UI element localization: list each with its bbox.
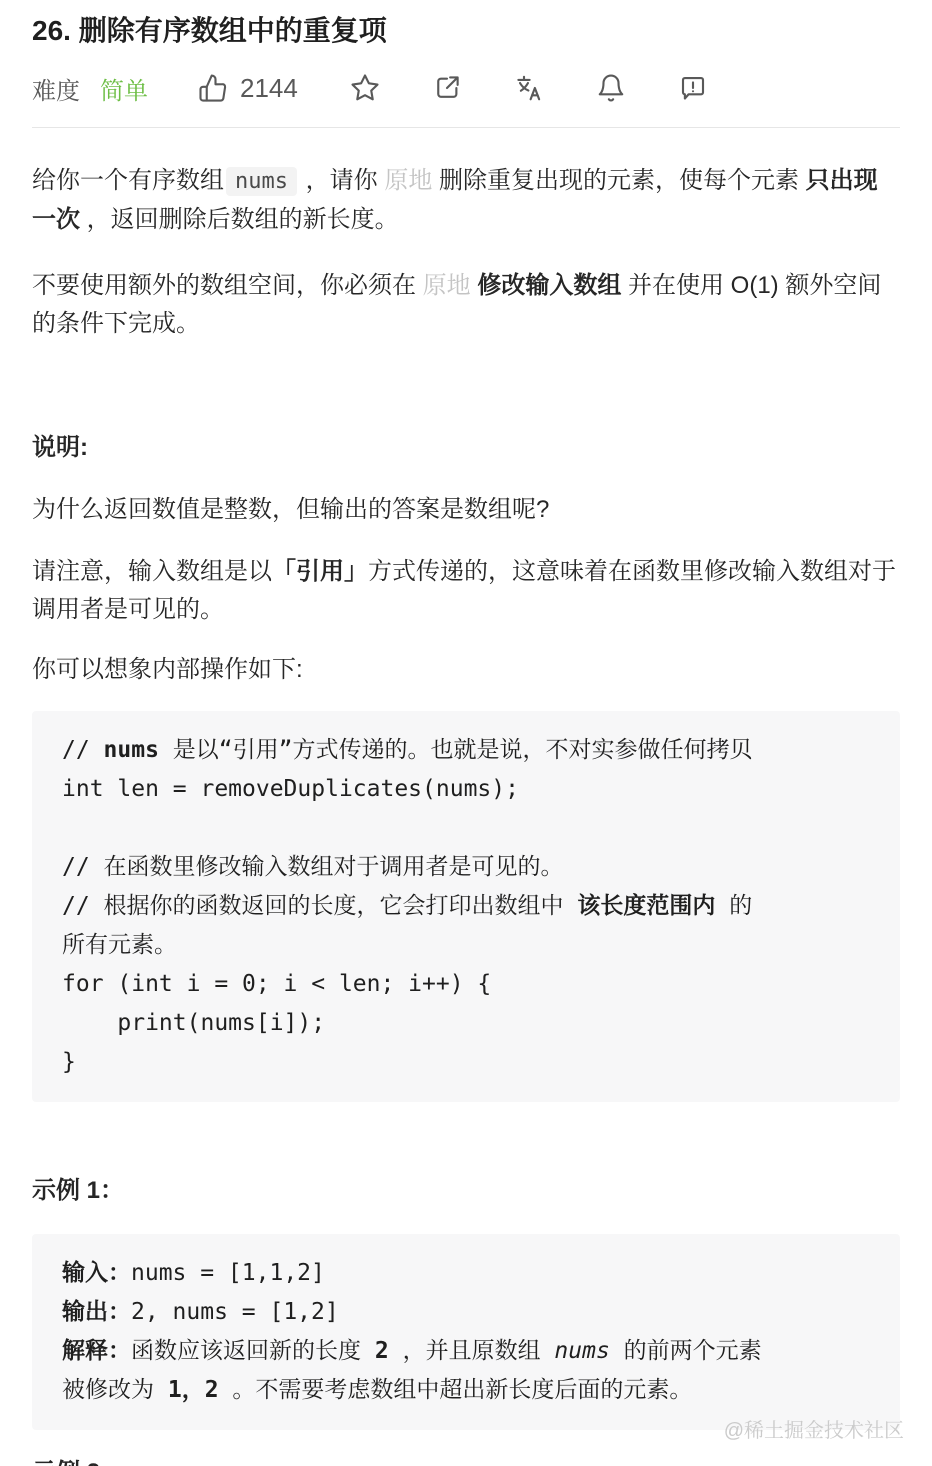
code-comment: // 根据你的函数返回的长度，它会打印出数组中 <box>62 893 577 919</box>
bell-icon <box>596 73 626 103</box>
code-line: // 根据你的函数返回的长度，它会打印出数组中 该长度范围内 的 <box>62 887 870 926</box>
thumbs-up-icon <box>198 73 228 103</box>
star-icon <box>350 73 380 103</box>
text-segment: 。不需要考虑数组中超出新长度后面的元素。 <box>219 1377 693 1403</box>
code-line: // nums 是以“引用”方式传递的。也就是说，不对实参做任何拷贝 <box>62 731 870 770</box>
difficulty-label: 难度 <box>32 71 80 106</box>
code-line: int len = removeDuplicates(nums); <box>62 770 870 809</box>
text-segment: 函数应该返回新的长度 <box>131 1338 375 1364</box>
watermark: @稀土掘金技术社区 <box>724 1414 904 1443</box>
code-comment: // <box>62 737 104 763</box>
divider <box>32 127 900 128</box>
problem-page: 26. 删除有序数组中的重复项 难度 简单 2144 <box>0 0 932 1466</box>
bold-text: 修改输入数组 <box>477 272 621 299</box>
description-paragraph-5: 你可以想象内部操作如下: <box>32 651 900 689</box>
input-label: 输入： <box>62 1260 131 1286</box>
bold-text: 1，2 <box>168 1377 219 1403</box>
italic-nums: nums <box>554 1338 609 1364</box>
feedback-button[interactable] <box>678 73 708 103</box>
like-button[interactable]: 2144 <box>198 73 298 104</box>
favorite-button[interactable] <box>350 73 380 103</box>
code-line-blank <box>62 809 870 848</box>
text-segment: ，返回删除后数组的新长度。 <box>80 206 399 233</box>
text-segment: 给你一个有序数组 <box>32 167 224 194</box>
example-1-heading: 示例 1： <box>32 1172 900 1210</box>
difficulty-badge: 简单 <box>100 71 148 106</box>
code-block: // nums 是以“引用”方式传递的。也就是说，不对实参做任何拷贝 int l… <box>32 711 900 1102</box>
code-line: 所有元素。 <box>62 926 870 965</box>
bold-text: 2 <box>375 1338 389 1364</box>
text-segment: 被修改为 <box>62 1377 168 1403</box>
code-bold-range: 该长度范围内 <box>577 893 715 919</box>
description-paragraph-3: 为什么返回数值是整数，但输出的答案是数组呢? <box>32 491 900 529</box>
bold-text: 「引用」 <box>272 558 368 585</box>
code-comment: 是以“引用”方式传递的。也就是说，不对实参做任何拷贝 <box>159 737 753 763</box>
translate-icon <box>514 73 544 103</box>
inline-code-nums: nums <box>226 167 297 196</box>
explain-label: 解释： <box>62 1338 131 1364</box>
example-output-line: 输出：2, nums = [1,2] <box>62 1293 870 1332</box>
text-segment: 删除重复出现的元素，使每个元素 <box>432 167 805 194</box>
example-explain-line-2: 被修改为 1，2 。不需要考虑数组中超出新长度后面的元素。 <box>62 1371 870 1410</box>
share-icon <box>432 73 462 103</box>
code-bold-nums: nums <box>104 737 159 763</box>
text-segment: 不要使用额外的数组空间，你必须在 <box>32 272 423 299</box>
like-count: 2144 <box>240 73 298 104</box>
example-2-heading-cutoff: 示例 2： <box>32 1456 900 1466</box>
meta-toolbar: 难度 简单 2144 <box>32 70 900 106</box>
output-value: 2, nums = [1,2] <box>131 1299 339 1325</box>
code-comment: 的 <box>715 893 752 919</box>
feedback-icon <box>678 73 708 103</box>
description-paragraph-4: 请注意，输入数组是以「引用」方式传递的，这意味着在函数里修改输入数组对于调用者是… <box>32 553 900 629</box>
code-line: } <box>62 1043 870 1082</box>
text-segment: 请注意，输入数组是以 <box>32 558 272 585</box>
text-segment: ，请你 <box>299 167 384 194</box>
input-value: nums = [1,1,2] <box>131 1260 325 1286</box>
text-segment: 的前两个元素 <box>610 1338 762 1364</box>
output-label: 输出： <box>62 1299 131 1325</box>
description-paragraph-1: 给你一个有序数组nums ，请你 原地 删除重复出现的元素，使每个元素 只出现一… <box>32 162 900 239</box>
note-heading: 说明: <box>32 429 900 467</box>
in-place-link[interactable]: 原地 <box>423 272 471 299</box>
example-explain-line-1: 解释：函数应该返回新的长度 2 ，并且原数组 nums 的前两个元素 <box>62 1332 870 1371</box>
example-1-block: 输入：nums = [1,1,2] 输出：2, nums = [1,2] 解释：… <box>32 1234 900 1430</box>
translate-button[interactable] <box>514 73 544 103</box>
share-button[interactable] <box>432 73 462 103</box>
code-line: print(nums[i]); <box>62 1004 870 1043</box>
description-paragraph-2: 不要使用额外的数组空间，你必须在 原地 修改输入数组 并在使用 O(1) 额外空… <box>32 267 900 343</box>
code-line: for (int i = 0; i < len; i++) { <box>62 965 870 1004</box>
text-segment: ，并且原数组 <box>389 1338 555 1364</box>
in-place-link[interactable]: 原地 <box>384 167 432 194</box>
example-input-line: 输入：nums = [1,1,2] <box>62 1254 870 1293</box>
page-title: 26. 删除有序数组中的重复项 <box>32 14 900 48</box>
code-line: // 在函数里修改输入数组对于调用者是可见的。 <box>62 848 870 887</box>
notifications-button[interactable] <box>596 73 626 103</box>
